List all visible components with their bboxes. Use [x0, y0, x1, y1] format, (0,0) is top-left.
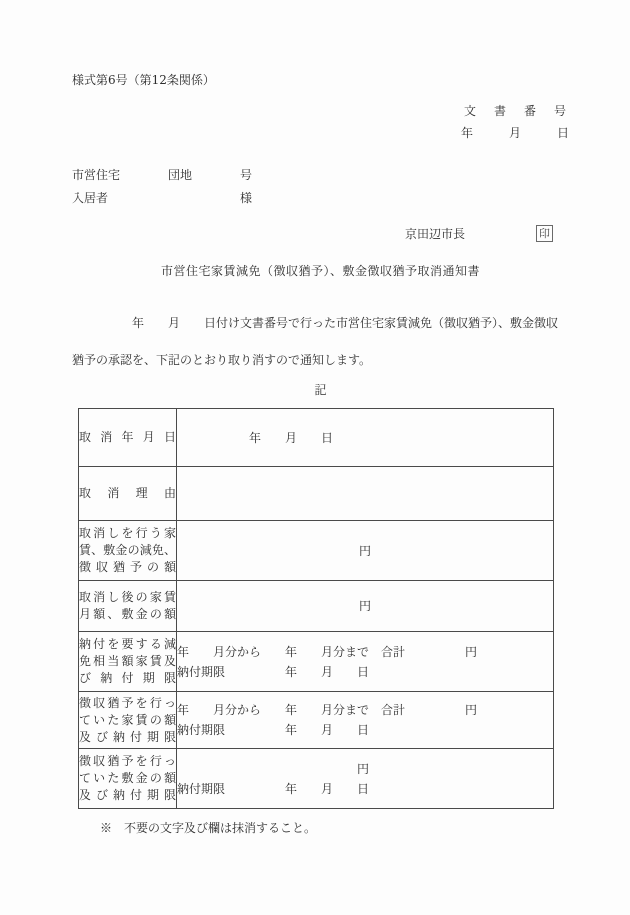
row-label: 取消し後の家賃 月額、敷金の額	[79, 581, 177, 632]
seal-stamp: 印	[536, 225, 553, 242]
table-row-cancellation-date: 取消年月日 年 月 日	[79, 409, 554, 467]
form-number-label: 様式第6号（第12条関係）	[72, 73, 569, 88]
footnote: ※ 不要の文字及び欄は抹消すること。	[72, 819, 569, 836]
row-value: 円	[177, 521, 554, 581]
document-date-line: 年 月 日	[72, 122, 569, 144]
row-label: 徴収猶予を行っ ていた家賃の額 及び納付期限	[79, 692, 177, 749]
row-value: 円 納付期限 年 月 日	[177, 749, 554, 809]
table-row-rent-payable-and-deadline: 納付を要する減 免相当額家賃及 び納付期限 年 月分から 年 月分まで 合計 円…	[79, 632, 554, 692]
row-label: 取消しを行う家 賃、敷金の減免、 徴収猶予の額	[79, 521, 177, 581]
ki-heading: 記	[72, 381, 569, 398]
issuer-line: 京田辺市長 印	[72, 224, 569, 242]
document-page: 様式第6号（第12条関係） 文 書 番 号 年 月 日 市営住宅 団地 号 入居…	[0, 0, 630, 915]
row-value: 年 月分から 年 月分まで 合計 円 納付期限 年 月 日	[177, 632, 554, 692]
table-row-amount-after-cancellation: 取消し後の家賃 月額、敷金の額 円	[79, 581, 554, 632]
row-label: 徴収猶予を行っ ていた敷金の額 及び納付期限	[79, 749, 177, 809]
row-label: 取消理由	[79, 467, 177, 521]
table-row-deferred-rent-and-deadline: 徴収猶予を行っ ていた家賃の額 及び納付期限 年 月分から 年 月分まで 合計 …	[79, 692, 554, 749]
body-paragraph: 年 月 日付け文書番号で行った市営住宅家賃減免（徴収猶予）、敷金徴収猶予の承認を…	[72, 305, 558, 379]
table-row-deferred-deposit-and-deadline: 徴収猶予を行っ ていた敷金の額 及び納付期限 円 納付期限 年 月 日	[79, 749, 554, 809]
cancellation-table: 取消年月日 年 月 日 取消理由 取消しを行う家 賃、敷金の減免、	[78, 408, 554, 809]
mayor-name: 京田辺市長	[405, 225, 465, 242]
row-value	[177, 467, 554, 521]
row-value: 年 月 日	[177, 409, 554, 467]
table-row-cancellation-reason: 取消理由	[79, 467, 554, 521]
housing-address-line: 市営住宅 団地 号	[72, 164, 569, 187]
row-value: 年 月分から 年 月分まで 合計 円 納付期限 年 月 日	[177, 692, 554, 749]
row-value: 円	[177, 581, 554, 632]
document-number-line: 文 書 番 号	[72, 100, 569, 122]
document-title: 市営住宅家賃減免（徴収猶予）、敷金徴収猶予取消通知書	[72, 262, 569, 279]
addressee-block: 市営住宅 団地 号 入居者 様	[72, 164, 569, 210]
resident-name-line: 入居者 様	[72, 187, 569, 210]
document-number-block: 文 書 番 号 年 月 日	[72, 100, 569, 144]
row-label: 納付を要する減 免相当額家賃及 び納付期限	[79, 632, 177, 692]
table-row-cancelled-amount: 取消しを行う家 賃、敷金の減免、 徴収猶予の額 円	[79, 521, 554, 581]
row-label: 取消年月日	[79, 409, 177, 467]
